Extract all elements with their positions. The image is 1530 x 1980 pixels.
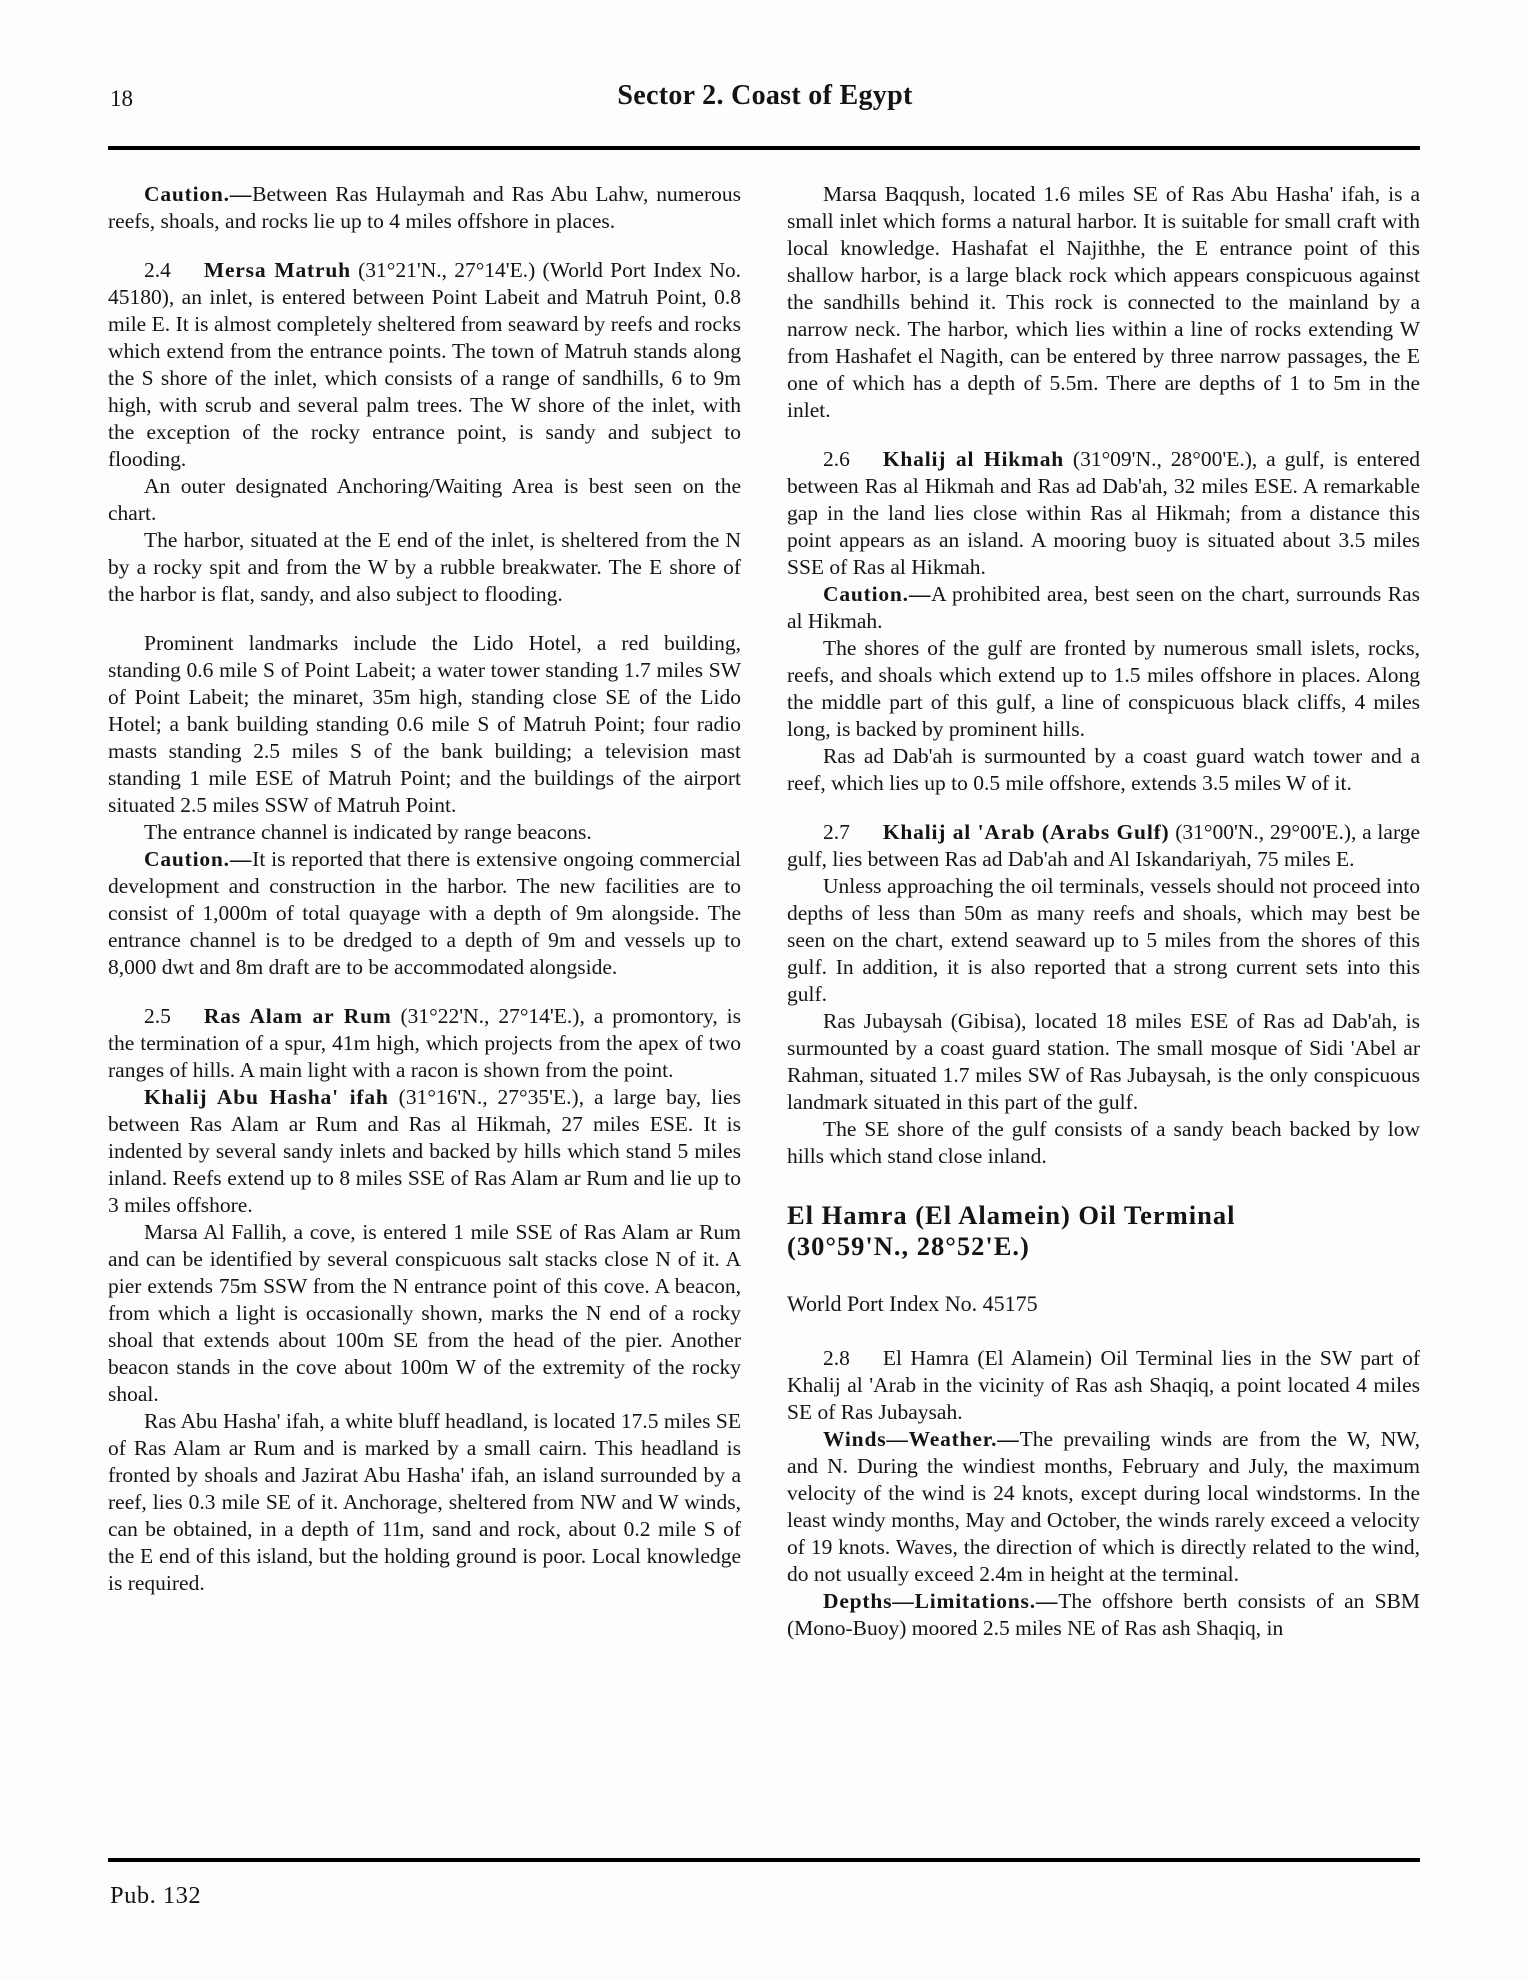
section-number: 2.7 (823, 820, 850, 844)
page-title: Sector 2. Coast of Egypt (0, 80, 1530, 112)
paragraph: Ras Abu Hasha' ifah, a white bluff headl… (108, 1408, 741, 1597)
paragraph-text: Ras Abu Hasha' ifah, a white bluff headl… (108, 1409, 741, 1595)
paragraph-section-2-6: 2.6Khalij al Hikmah (31°09'N., 28°00'E.)… (787, 446, 1420, 581)
publication-number: Pub. 132 (110, 1882, 201, 1910)
paragraph-text: An outer designated Anchoring/Waiting Ar… (108, 474, 741, 525)
paragraph: Prominent landmarks include the Lido Hot… (108, 630, 741, 819)
section-number: 2.6 (823, 447, 850, 471)
document-page: 18 Sector 2. Coast of Egypt Caution.—Bet… (0, 0, 1530, 1980)
paragraph-text: El Hamra (El Alamein) Oil Terminal lies … (787, 1346, 1420, 1424)
paragraph-text: Marsa Al Fallih, a cove, is entered 1 mi… (108, 1220, 741, 1406)
place-name-lead: Khalij al 'Arab (Arabs Gulf) (883, 820, 1170, 844)
place-name-lead: Mersa Matruh (204, 258, 351, 282)
place-name-lead: Ras Alam ar Rum (204, 1004, 392, 1028)
section-number: 2.5 (144, 1004, 171, 1028)
header-rule (108, 146, 1420, 150)
paragraph: Unless approaching the oil terminals, ve… (787, 873, 1420, 1008)
caution-lead: Caution.— (144, 847, 252, 871)
left-column: Caution.—Between Ras Hulaymah and Ras Ab… (108, 181, 741, 1642)
winds-weather-lead: Winds—Weather.— (823, 1427, 1020, 1451)
paragraph: Ras Jubaysah (Gibisa), located 18 miles … (787, 1008, 1420, 1116)
right-column: Marsa Baqqush, located 1.6 miles SE of R… (787, 181, 1420, 1642)
heading-line-1: El Hamra (El Alamein) Oil Terminal (787, 1200, 1420, 1231)
paragraph-text: The entrance channel is indicated by ran… (144, 820, 592, 844)
caution-lead: Caution.— (823, 582, 931, 606)
paragraph-section-2-5: 2.5Ras Alam ar Rum (31°22'N., 27°14'E.),… (108, 1003, 741, 1084)
paragraph-section-2-8: 2.8El Hamra (El Alamein) Oil Terminal li… (787, 1345, 1420, 1426)
paragraph: An outer designated Anchoring/Waiting Ar… (108, 473, 741, 527)
place-name-lead: Khalij Abu Hasha' ifah (144, 1085, 389, 1109)
paragraph: The SE shore of the gulf consists of a s… (787, 1116, 1420, 1170)
paragraph-text: Ras Jubaysah (Gibisa), located 18 miles … (787, 1009, 1420, 1114)
paragraph-text: Unless approaching the oil terminals, ve… (787, 874, 1420, 1006)
section-heading: El Hamra (El Alamein) Oil Terminal (30°5… (787, 1200, 1420, 1262)
paragraph-text: Marsa Baqqush, located 1.6 miles SE of R… (787, 182, 1420, 422)
world-port-index: World Port Index No. 45175 (787, 1290, 1420, 1317)
text-columns: Caution.—Between Ras Hulaymah and Ras Ab… (108, 181, 1420, 1642)
paragraph-caution: Caution.—Between Ras Hulaymah and Ras Ab… (108, 181, 741, 235)
paragraph-caution: Caution.—A prohibited area, best seen on… (787, 581, 1420, 635)
paragraph: The entrance channel is indicated by ran… (108, 819, 741, 846)
paragraph-section-2-4: 2.4Mersa Matruh (31°21'N., 27°14'E.) (Wo… (108, 257, 741, 473)
paragraph: The harbor, situated at the E end of the… (108, 527, 741, 608)
paragraph-text: The SE shore of the gulf consists of a s… (787, 1117, 1420, 1168)
section-number: 2.8 (823, 1346, 850, 1370)
paragraph-text: The harbor, situated at the E end of the… (108, 528, 741, 606)
place-name-lead: Khalij al Hikmah (883, 447, 1064, 471)
paragraph: The shores of the gulf are fronted by nu… (787, 635, 1420, 743)
paragraph: Marsa Baqqush, located 1.6 miles SE of R… (787, 181, 1420, 424)
paragraph-winds-weather: Winds—Weather.—The prevailing winds are … (787, 1426, 1420, 1588)
heading-line-2: (30°59'N., 28°52'E.) (787, 1231, 1420, 1262)
paragraph-section-2-7: 2.7Khalij al 'Arab (Arabs Gulf) (31°00'N… (787, 819, 1420, 873)
paragraph: Ras ad Dab'ah is surmounted by a coast g… (787, 743, 1420, 797)
depths-limitations-lead: Depths—Limitations.— (823, 1589, 1058, 1613)
paragraph-text: Ras ad Dab'ah is surmounted by a coast g… (787, 744, 1420, 795)
paragraph: Marsa Al Fallih, a cove, is entered 1 mi… (108, 1219, 741, 1408)
paragraph-text: The shores of the gulf are fronted by nu… (787, 636, 1420, 741)
footer-rule (108, 1858, 1420, 1862)
paragraph-caution: Caution.—It is reported that there is ex… (108, 846, 741, 981)
section-number: 2.4 (144, 258, 171, 282)
paragraph-depths-limitations: Depths—Limitations.—The offshore berth c… (787, 1588, 1420, 1642)
paragraph: Khalij Abu Hasha' ifah (31°16'N., 27°35'… (108, 1084, 741, 1219)
paragraph-text: (31°21'N., 27°14'E.) (World Port Index N… (108, 258, 741, 471)
paragraph-text: Prominent landmarks include the Lido Hot… (108, 631, 741, 817)
caution-lead: Caution.— (144, 182, 252, 206)
